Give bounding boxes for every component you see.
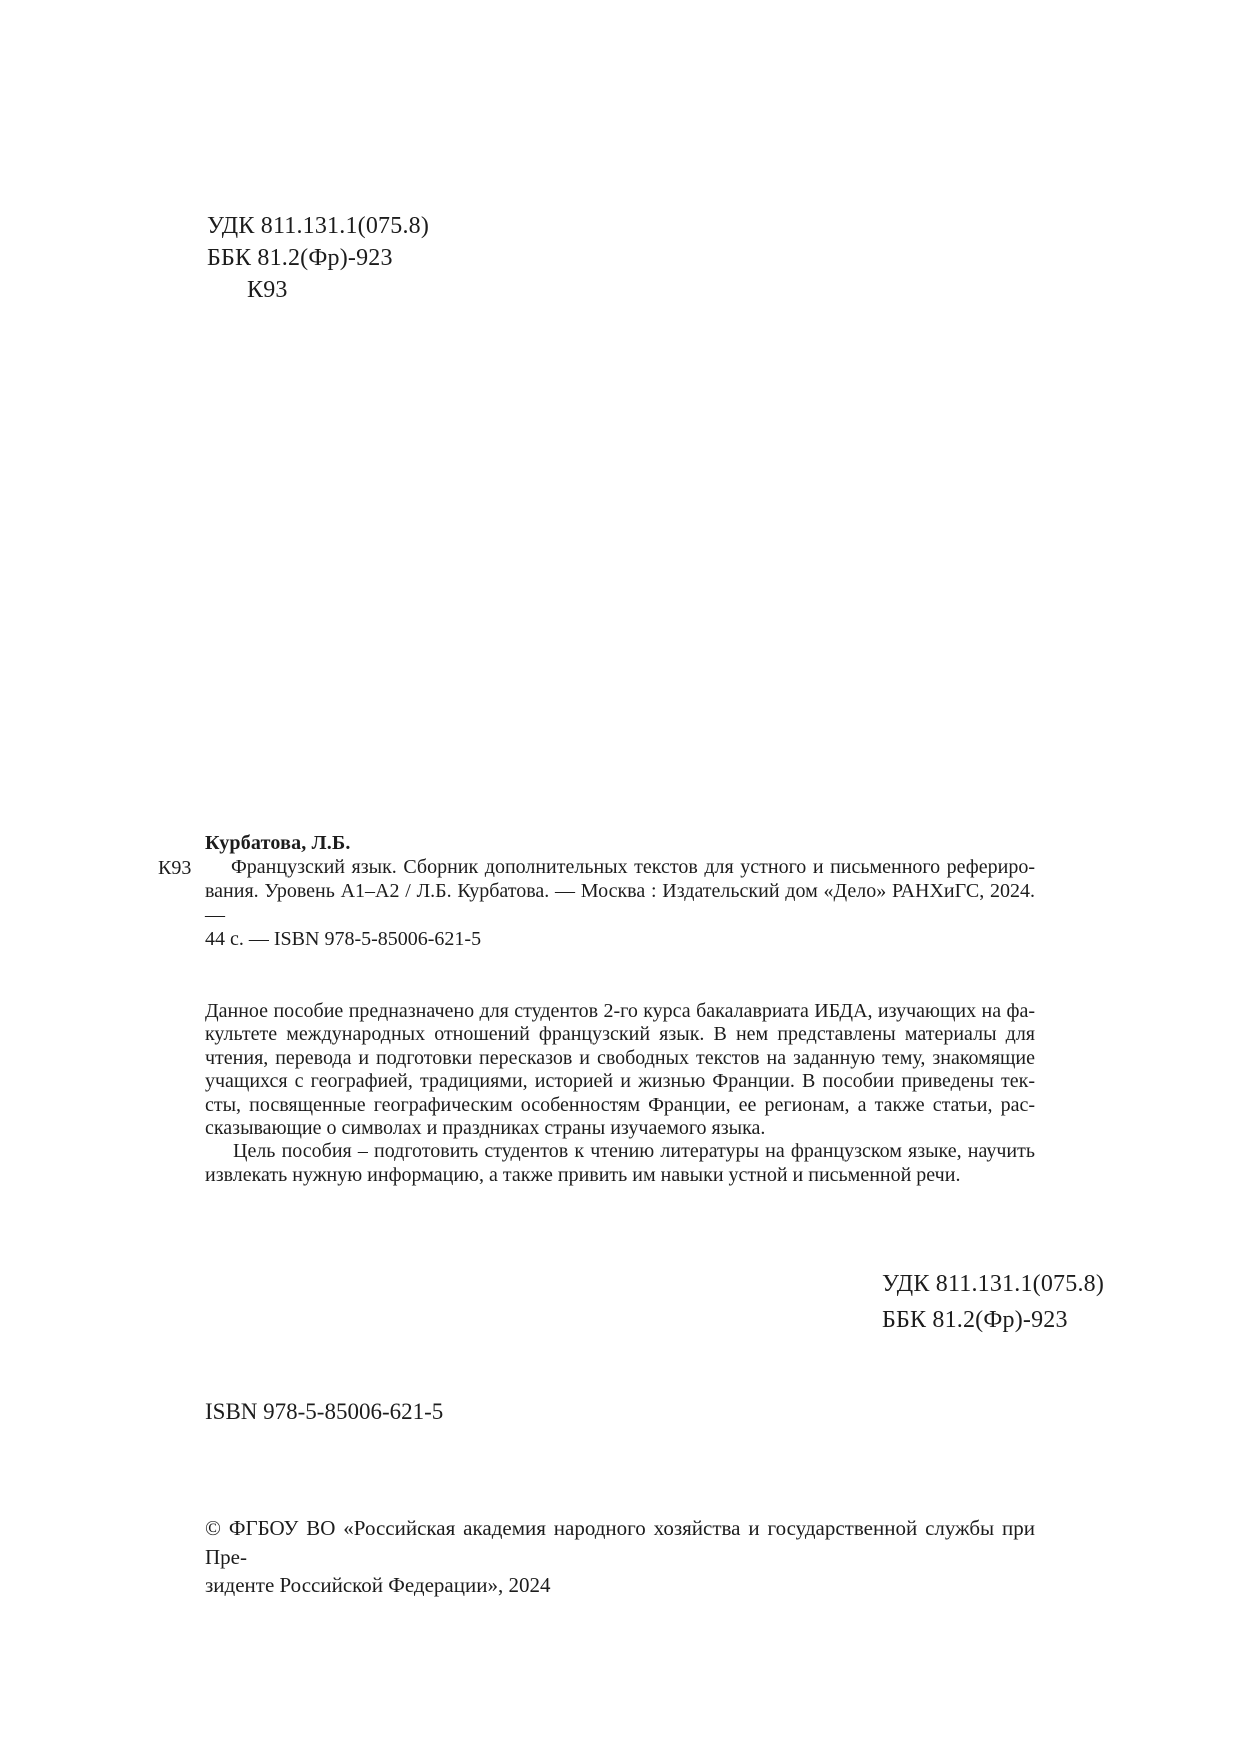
catalog-record-line: вания. Уровень А1–А2 / Л.Б. Курбатова. —… — [205, 879, 1035, 927]
annotation-line: сты, посвященные географическим особенно… — [205, 1094, 1035, 1117]
catalog-record-line: 44 с. — ISBN 978-5-85006-621-5 — [205, 927, 1035, 951]
catalog-sign: К93 — [158, 856, 191, 880]
udc-code-bottom: УДК 811.131.1(075.8) — [882, 1266, 1104, 1302]
isbn-line: ISBN 978-5-85006-621-5 — [205, 1398, 443, 1426]
author-name: Курбатова, Л.Б. — [205, 831, 1035, 855]
annotation-line: культете международных отношений француз… — [205, 1023, 1035, 1046]
catalog-record-block: Курбатова, Л.Б. Французский язык. Сборни… — [205, 831, 1035, 951]
annotation-line: учащихся с географией, традициями, истор… — [205, 1070, 1035, 1093]
book-imprint-page: УДК 811.131.1(075.8) ББК 81.2(Фр)-923 К9… — [0, 0, 1241, 1755]
udc-code-top: УДК 811.131.1(075.8) — [207, 210, 429, 242]
annotation-line: Данное пособие предназначено для студент… — [205, 1000, 1035, 1023]
annotation-line: сказывающие о символах и праздниках стра… — [205, 1117, 1035, 1140]
copyright-line: © ФГБОУ ВО «Российская академия народног… — [205, 1514, 1035, 1571]
annotation-line: Цель пособия – подготовить студентов к ч… — [205, 1140, 1035, 1163]
top-codes-block: УДК 811.131.1(075.8) ББК 81.2(Фр)-923 К9… — [207, 210, 429, 306]
copyright-block: © ФГБОУ ВО «Российская академия народног… — [205, 1514, 1035, 1600]
bbk-code-bottom: ББК 81.2(Фр)-923 — [882, 1302, 1104, 1338]
bbk-code-top: ББК 81.2(Фр)-923 — [207, 242, 429, 274]
annotation-line: чтения, перевода и подготовки пересказов… — [205, 1047, 1035, 1070]
annotation-block: Данное пособие предназначено для студент… — [205, 1000, 1035, 1187]
annotation-line: извлекать нужную информацию, а также при… — [205, 1164, 1035, 1187]
copyright-line: зиденте Российской Федерации», 2024 — [205, 1571, 1035, 1600]
catalog-record-line: Французский язык. Сборник дополнительных… — [205, 855, 1035, 879]
bottom-codes-block: УДК 811.131.1(075.8) ББК 81.2(Фр)-923 — [882, 1266, 1104, 1338]
author-sign-top: К93 — [207, 274, 429, 306]
